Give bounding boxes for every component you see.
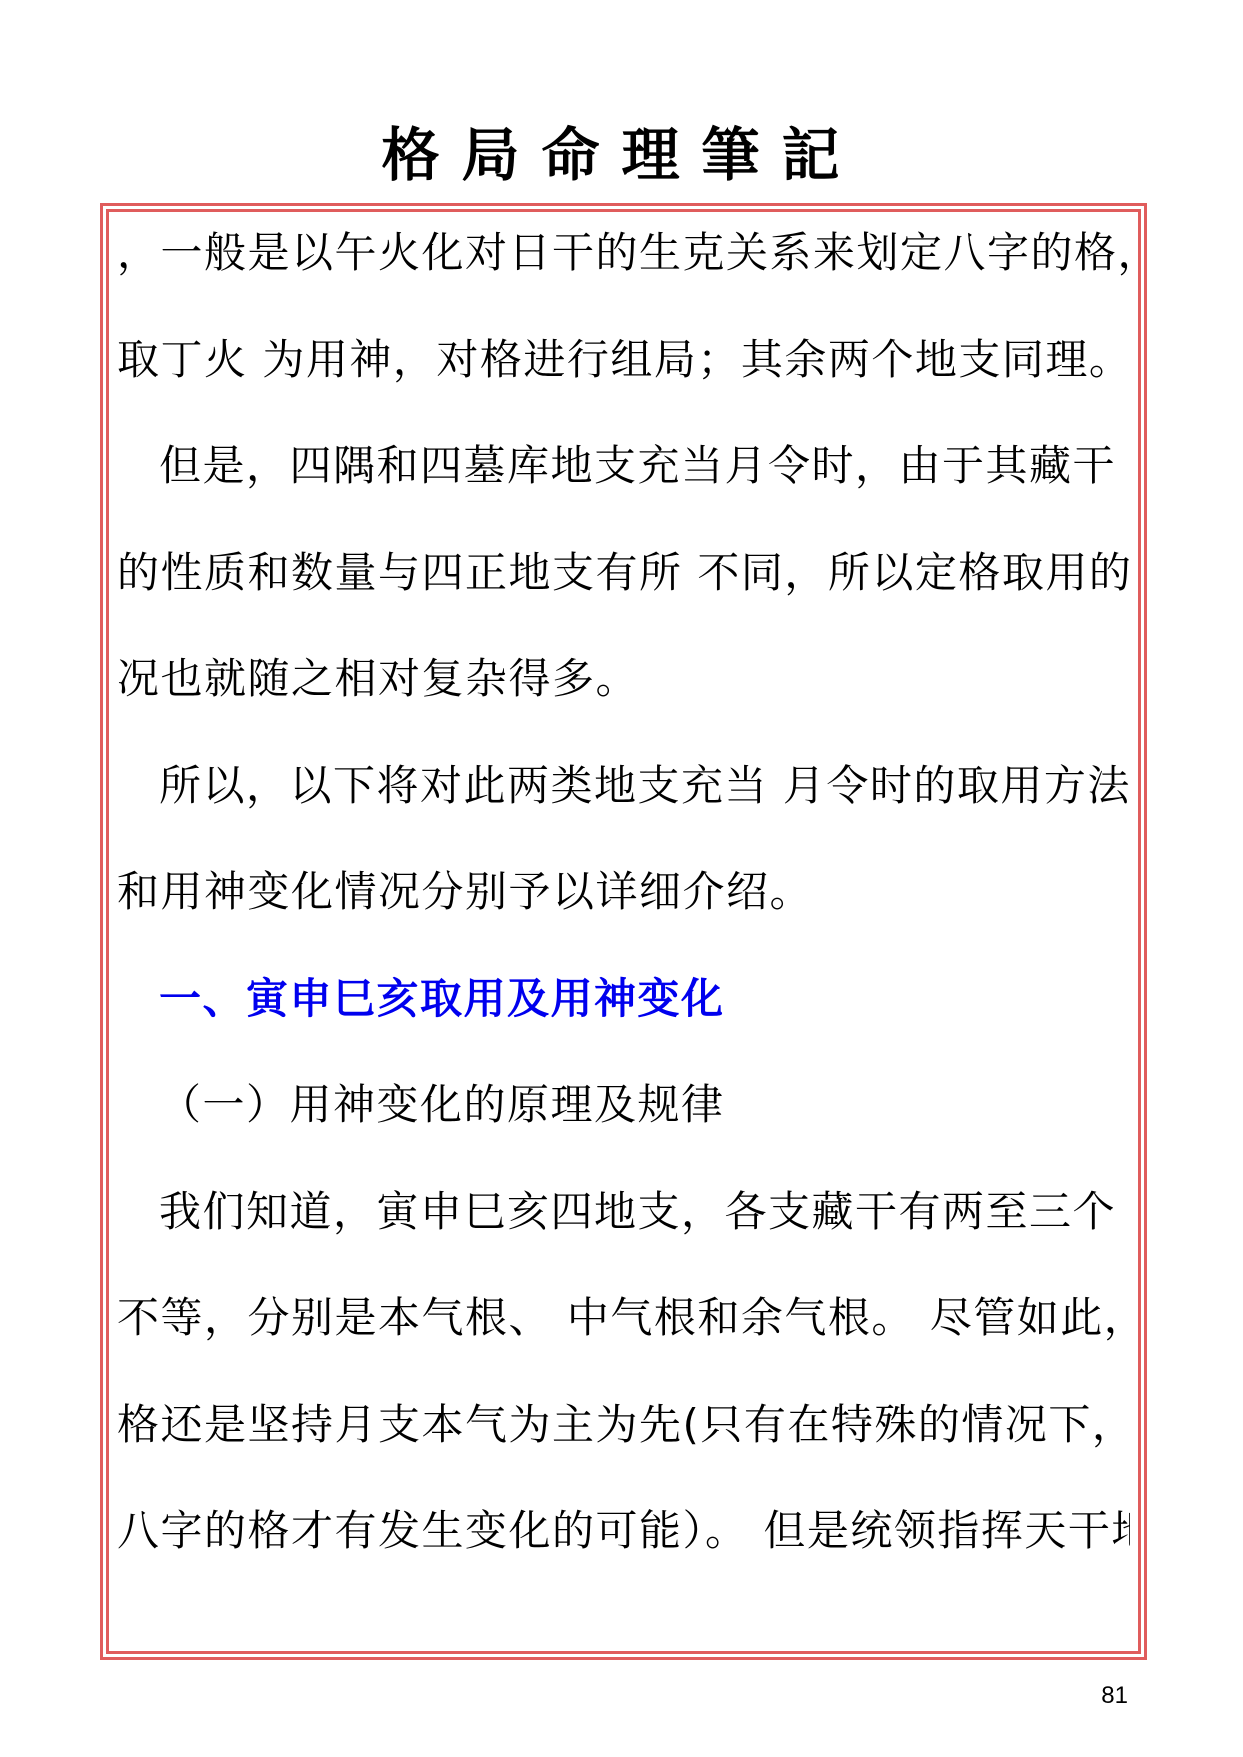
body-line: 不等，分别是本气根、 中气根和余气根。 尽管如此，取 [117,1262,1130,1369]
body-line: 取丁火 为用神，对格进行组局；其余两个地支同理。 [117,304,1130,411]
page-number: 81 [1101,1682,1128,1710]
body-line: 格还是坚持月支本气为主为先(只有在特殊的情况下， [117,1369,1130,1476]
body-line: 但是，四隅和四墓库地支充当月令时，由于其藏干 [117,410,1130,517]
bordered-text-frame: ，一般是以午火化对日干的生克关系来划定八字的格， 取丁火 为用神，对格进行组局；… [100,203,1147,1660]
body-line: ，一般是以午火化对日干的生克关系来划定八字的格， [117,197,1130,304]
body-line: 我们知道，寅申巳亥四地支，各支藏干有两至三个 [117,1156,1130,1263]
document-page: 格局命理筆記 ，一般是以午火化对日干的生克关系来划定八字的格， 取丁火 为用神，… [0,0,1243,1757]
document-title: 格局命理筆記 [0,108,1243,192]
body-line: 八字的格才有发生变化的可能）。 但是统领指挥天干地 [117,1475,1130,1582]
section-heading: 一、寅申巳亥取用及用神变化 [117,943,1130,1050]
subsection-heading: （一）用神变化的原理及规律 [117,1049,1130,1156]
body-text: ，一般是以午火化对日干的生克关系来划定八字的格， 取丁火 为用神，对格进行组局；… [117,197,1130,1582]
body-line: 所以，以下将对此两类地支充当 月令时的取用方法 [117,730,1130,837]
body-line: 的性质和数量与四正地支有所 不同，所以定格取用的情 [117,517,1130,624]
body-line: 和用神变化情况分别予以详细介绍。 [117,836,1130,943]
body-line: 况也就随之相对复杂得多。 [117,623,1130,730]
